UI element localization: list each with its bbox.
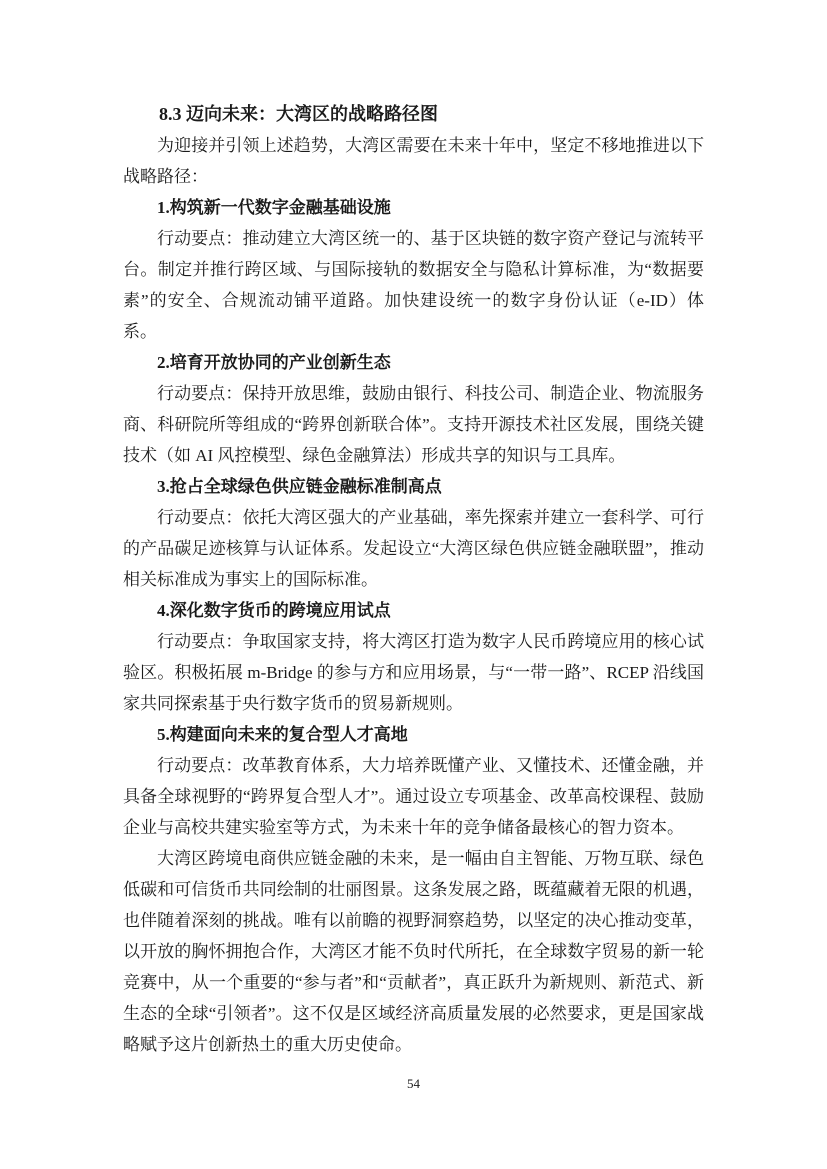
subheading-1: 1.构筑新一代数字金融基础设施: [123, 192, 704, 223]
paragraph-action-5: 行动要点：改革教育体系，大力培养既懂产业、又懂技术、还懂金融，并具备全球视野的“…: [123, 750, 704, 843]
subheading-4: 4.深化数字货币的跨境应用试点: [123, 595, 704, 626]
document-page: 8.3 迈向未来：大湾区的战略路径图 为迎接并引领上述趋势，大湾区需要在未来十年…: [0, 0, 827, 1169]
subheading-2: 2.培育开放协同的产业创新生态: [123, 347, 704, 378]
section-heading: 8.3 迈向未来：大湾区的战略路径图: [123, 99, 704, 130]
paragraph-action-1: 行动要点：推动建立大湾区统一的、基于区块链的数字资产登记与流转平台。制定并推行跨…: [123, 223, 704, 347]
page-number: 54: [0, 1075, 827, 1093]
paragraph-action-4: 行动要点：争取国家支持，将大湾区打造为数字人民币跨境应用的核心试验区。积极拓展 …: [123, 626, 704, 719]
subheading-3: 3.抢占全球绿色供应链金融标准制高点: [123, 471, 704, 502]
document-body: 8.3 迈向未来：大湾区的战略路径图 为迎接并引领上述趋势，大湾区需要在未来十年…: [123, 99, 704, 1060]
closing-paragraph: 大湾区跨境电商供应链金融的未来，是一幅由自主智能、万物互联、绿色低碳和可信货币共…: [123, 843, 704, 1060]
paragraph-action-3: 行动要点：依托大湾区强大的产业基础，率先探索并建立一套科学、可行的产品碳足迹核算…: [123, 502, 704, 595]
intro-paragraph: 为迎接并引领上述趋势，大湾区需要在未来十年中，坚定不移地推进以下战略路径：: [123, 130, 704, 192]
subheading-5: 5.构建面向未来的复合型人才高地: [123, 719, 704, 750]
paragraph-action-2: 行动要点：保持开放思维，鼓励由银行、科技公司、制造企业、物流服务商、科研院所等组…: [123, 378, 704, 471]
